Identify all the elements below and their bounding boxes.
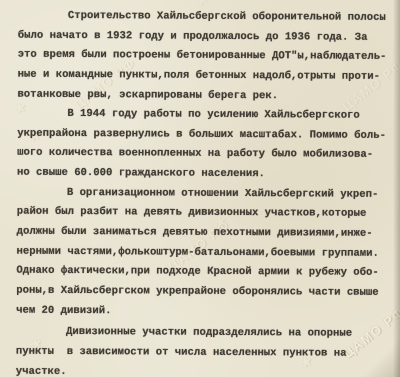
- text-line: Строительство Хайльсбергской оборонитель…: [18, 7, 395, 29]
- text-line: Дивизионные участки подразделялись на оп…: [16, 323, 393, 345]
- text-line: но свыше 60.000 гражданского населения.: [17, 164, 394, 186]
- text-line: это время были построены бетонированные …: [18, 46, 395, 68]
- paragraph-3: В организационном отношении Хайльсбергск…: [16, 183, 394, 323]
- text-line: чем 20 дивизий.: [16, 301, 393, 323]
- paragraph-4: Дивизионные участки подразделялись на оп…: [16, 323, 393, 377]
- scanned-document-page: ★ ЦАМО РФ ЦАМО РФ ★ ★ ЦАМО РФ ★ ЦАМО РФ …: [0, 0, 400, 377]
- scan-corner-shadow: [354, 331, 400, 377]
- text-line: нерными частями,фолькоштурм-батальонами,…: [16, 242, 393, 264]
- text-line: ные и командные пункты,поля бетонных над…: [18, 66, 395, 88]
- text-line: район был разбит на девять дивизионных у…: [17, 203, 394, 225]
- paragraph-2: В 1944 году работы по усилению Хайльсбер…: [17, 105, 394, 186]
- text-line: должны были заниматься девятью пехотными…: [17, 223, 394, 245]
- text-line: В 1944 году работы по усилению Хайльсбер…: [17, 105, 394, 127]
- paragraph-1: Строительство Хайльсбергской оборонитель…: [17, 7, 395, 108]
- text-line: укрепрайона развернулись в больших масшт…: [17, 124, 394, 146]
- text-line: было начато в 1932 году и продолжалось д…: [18, 26, 395, 48]
- text-line: роны,в Хайльсбергском укрепрайоне оборон…: [16, 282, 393, 304]
- text-line: шого количества военнопленных на работу …: [17, 144, 394, 166]
- text-line: Однако фактически,при подходе Красной ар…: [16, 262, 393, 284]
- scan-edge-shadow: [393, 0, 400, 377]
- text-line: В организационном отношении Хайльсбергск…: [17, 183, 394, 205]
- text-line: вотанковые рвы, эскарпированы берега рек…: [17, 85, 394, 107]
- document-text: Строительство Хайльсбергской оборонитель…: [16, 7, 395, 377]
- text-line: пункты в зависимости от числа населенных…: [16, 343, 393, 365]
- text-line: участке.: [16, 362, 393, 377]
